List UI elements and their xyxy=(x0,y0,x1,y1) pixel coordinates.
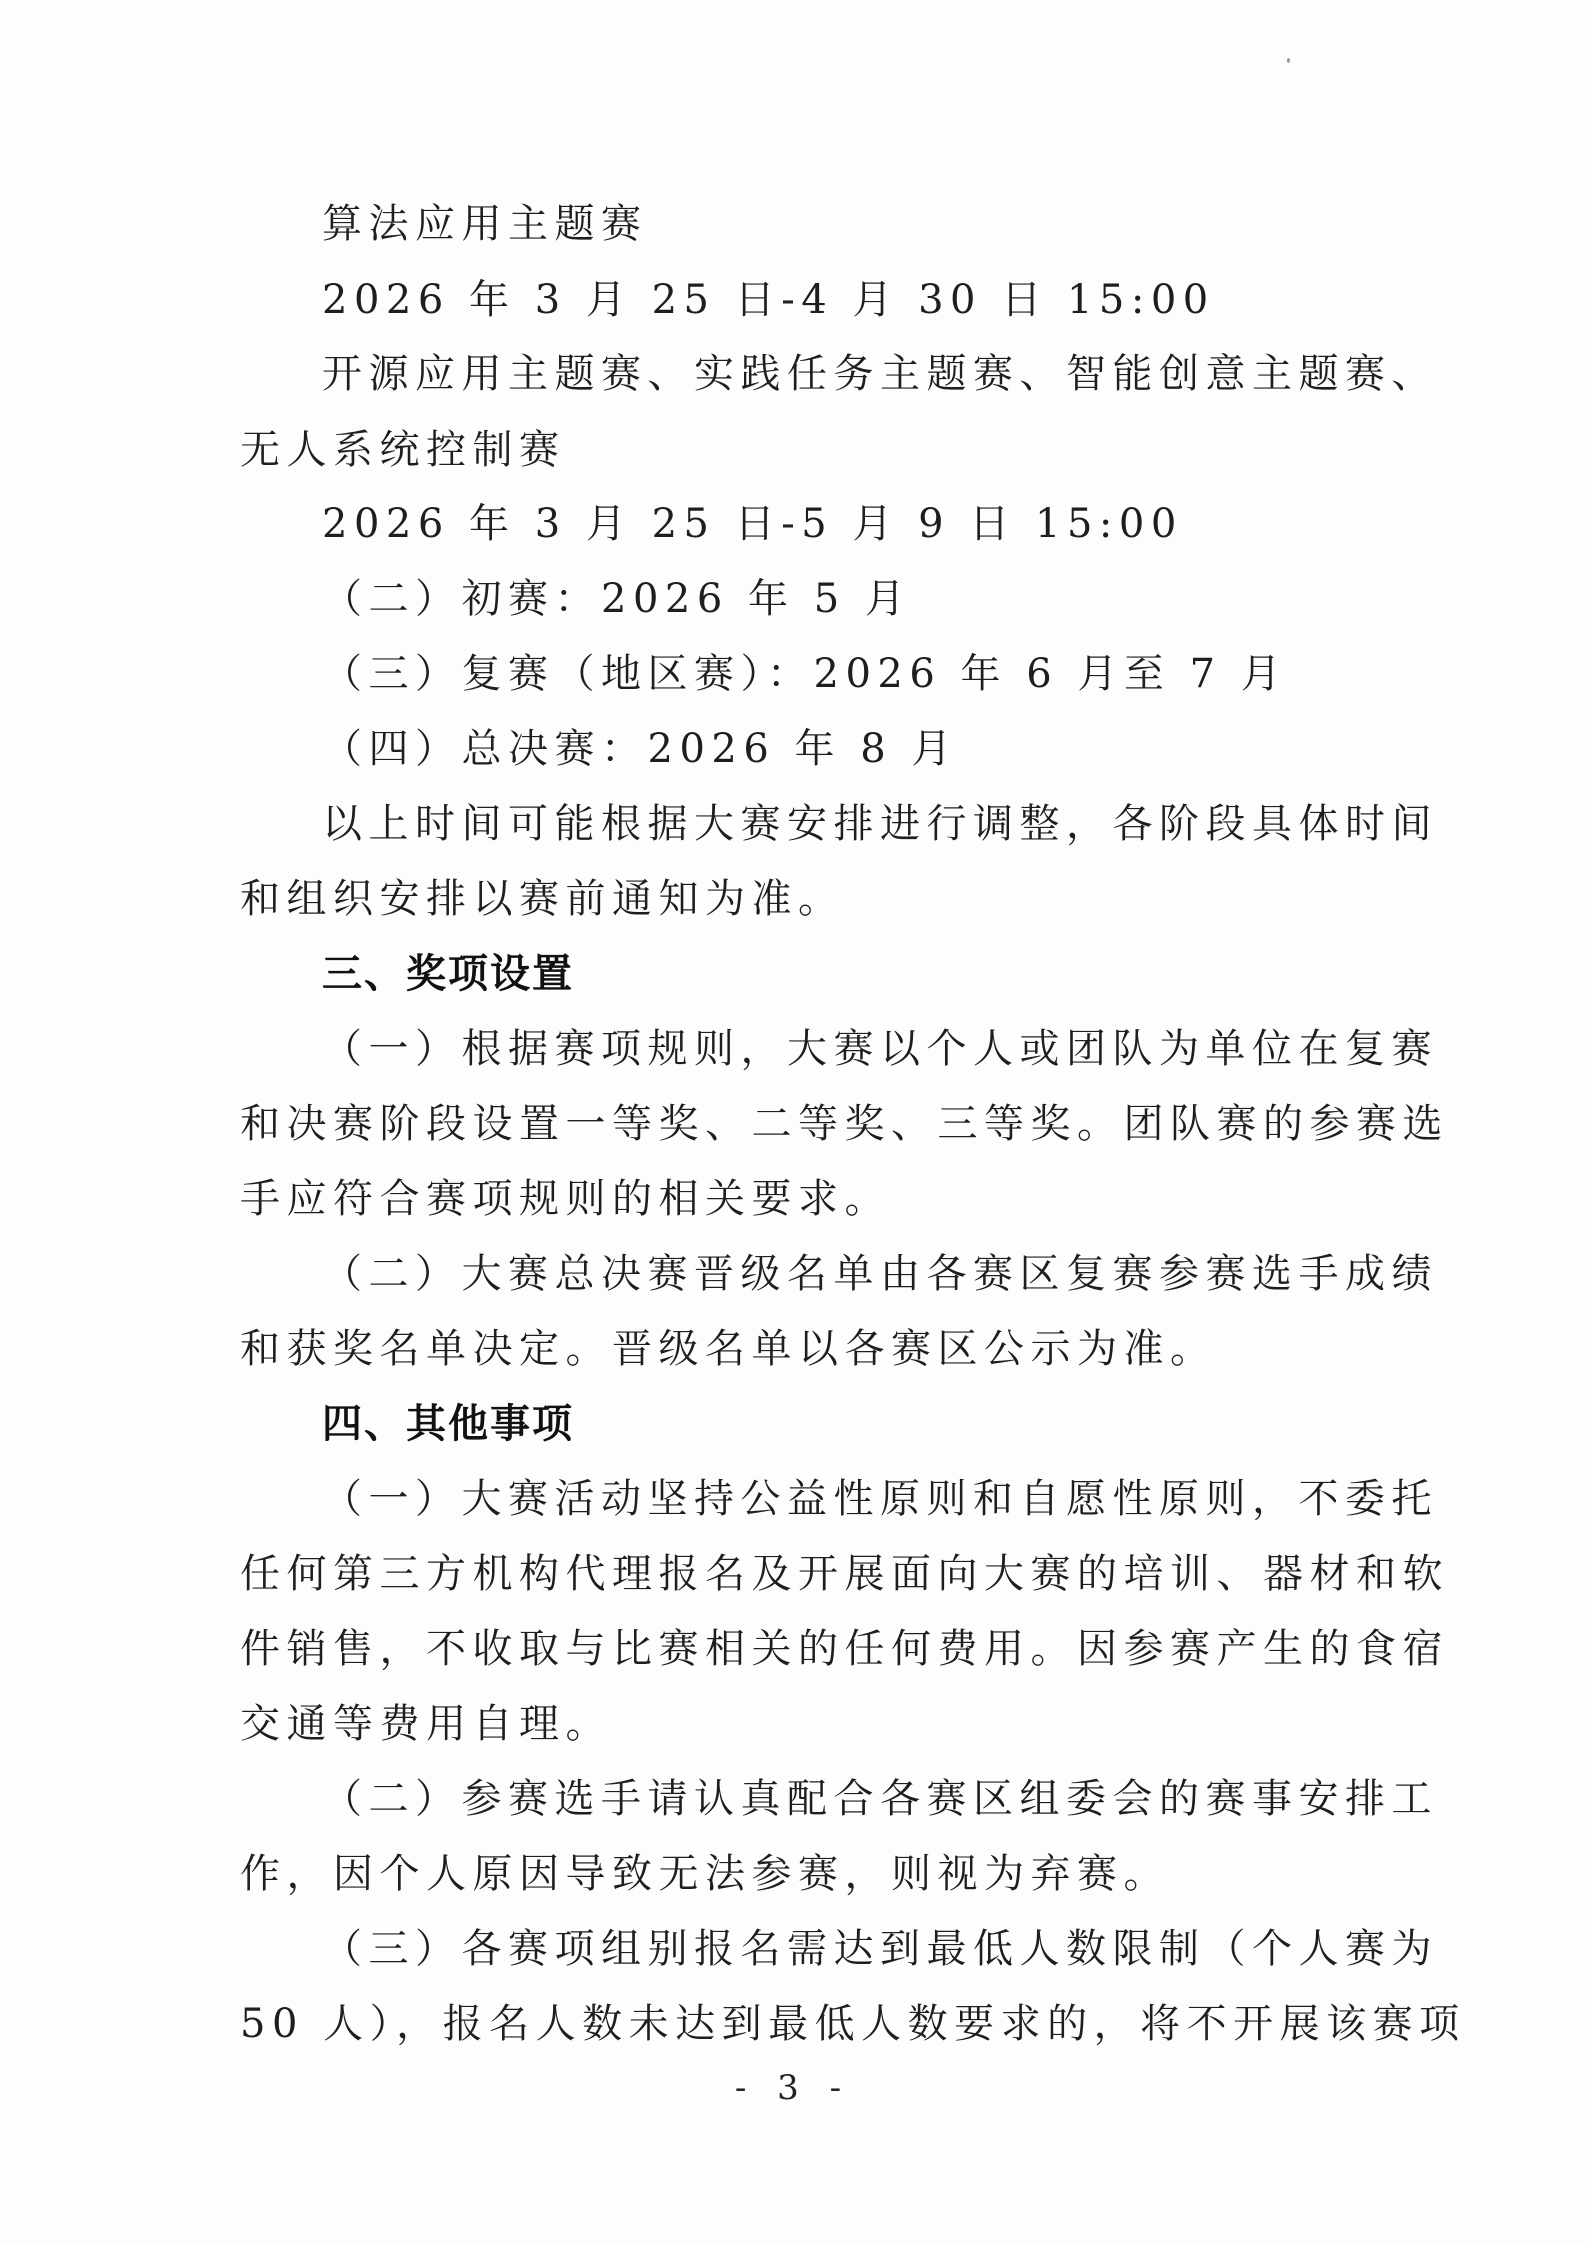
section-heading: 四、其他事项 xyxy=(322,1400,574,1448)
text-line: 和决赛阶段设置一等奖、二等奖、三等奖。团队赛的参赛选 xyxy=(240,1100,1449,1148)
text-line: 作，因个人原因导致无法参赛，则视为弃赛。 xyxy=(240,1850,1170,1898)
text-line: 2026 年 3 月 25 日-4 月 30 日 15:00 xyxy=(322,276,1215,324)
section-heading: 三、奖项设置 xyxy=(322,950,574,998)
scan-speck xyxy=(1287,58,1290,63)
text-line: 无人系统控制赛 xyxy=(240,426,566,474)
text-line: 开源应用主题赛、实践任务主题赛、智能创意主题赛、 xyxy=(322,350,1438,398)
text-line: （四）总决赛：2026 年 8 月 xyxy=(322,725,958,773)
text-line: （三）复赛（地区赛）：2026 年 6 月至 7 月 xyxy=(322,650,1287,698)
text-line: （一）大赛活动坚持公益性原则和自愿性原则，不委托 xyxy=(322,1475,1438,1523)
text-line: 2026 年 3 月 25 日-5 月 9 日 15:00 xyxy=(322,500,1183,548)
text-line: 和组织安排以赛前通知为准。 xyxy=(240,875,845,923)
text-line: 任何第三方机构代理报名及开展面向大赛的培训、器材和软 xyxy=(240,1550,1449,1598)
text-line: 50 人），报名人数未达到最低人数要求的，将不开展该赛项 xyxy=(240,2000,1466,2048)
text-line: 以上时间可能根据大赛安排进行调整，各阶段具体时间 xyxy=(322,800,1438,848)
document-page: 算法应用主题赛2026 年 3 月 25 日-4 月 30 日 15:00开源应… xyxy=(0,0,1586,2244)
page-number: - 3 - xyxy=(0,2068,1586,2108)
text-line: （一）根据赛项规则，大赛以个人或团队为单位在复赛 xyxy=(322,1025,1438,1073)
text-line: 算法应用主题赛 xyxy=(322,200,648,248)
text-line: 件销售，不收取与比赛相关的任何费用。因参赛产生的食宿 xyxy=(240,1625,1449,1673)
text-line: （二）参赛选手请认真配合各赛区组委会的赛事安排工 xyxy=(322,1775,1438,1823)
text-line: 手应符合赛项规则的相关要求。 xyxy=(240,1175,891,1223)
text-line: （二）大赛总决赛晋级名单由各赛区复赛参赛选手成绩 xyxy=(322,1250,1438,1298)
text-line: （三）各赛项组别报名需达到最低人数限制（个人赛为 xyxy=(322,1925,1438,1973)
text-line: （二）初赛：2026 年 5 月 xyxy=(322,575,911,623)
text-line: 和获奖名单决定。晋级名单以各赛区公示为准。 xyxy=(240,1325,1217,1373)
text-line: 交通等费用自理。 xyxy=(240,1700,612,1748)
